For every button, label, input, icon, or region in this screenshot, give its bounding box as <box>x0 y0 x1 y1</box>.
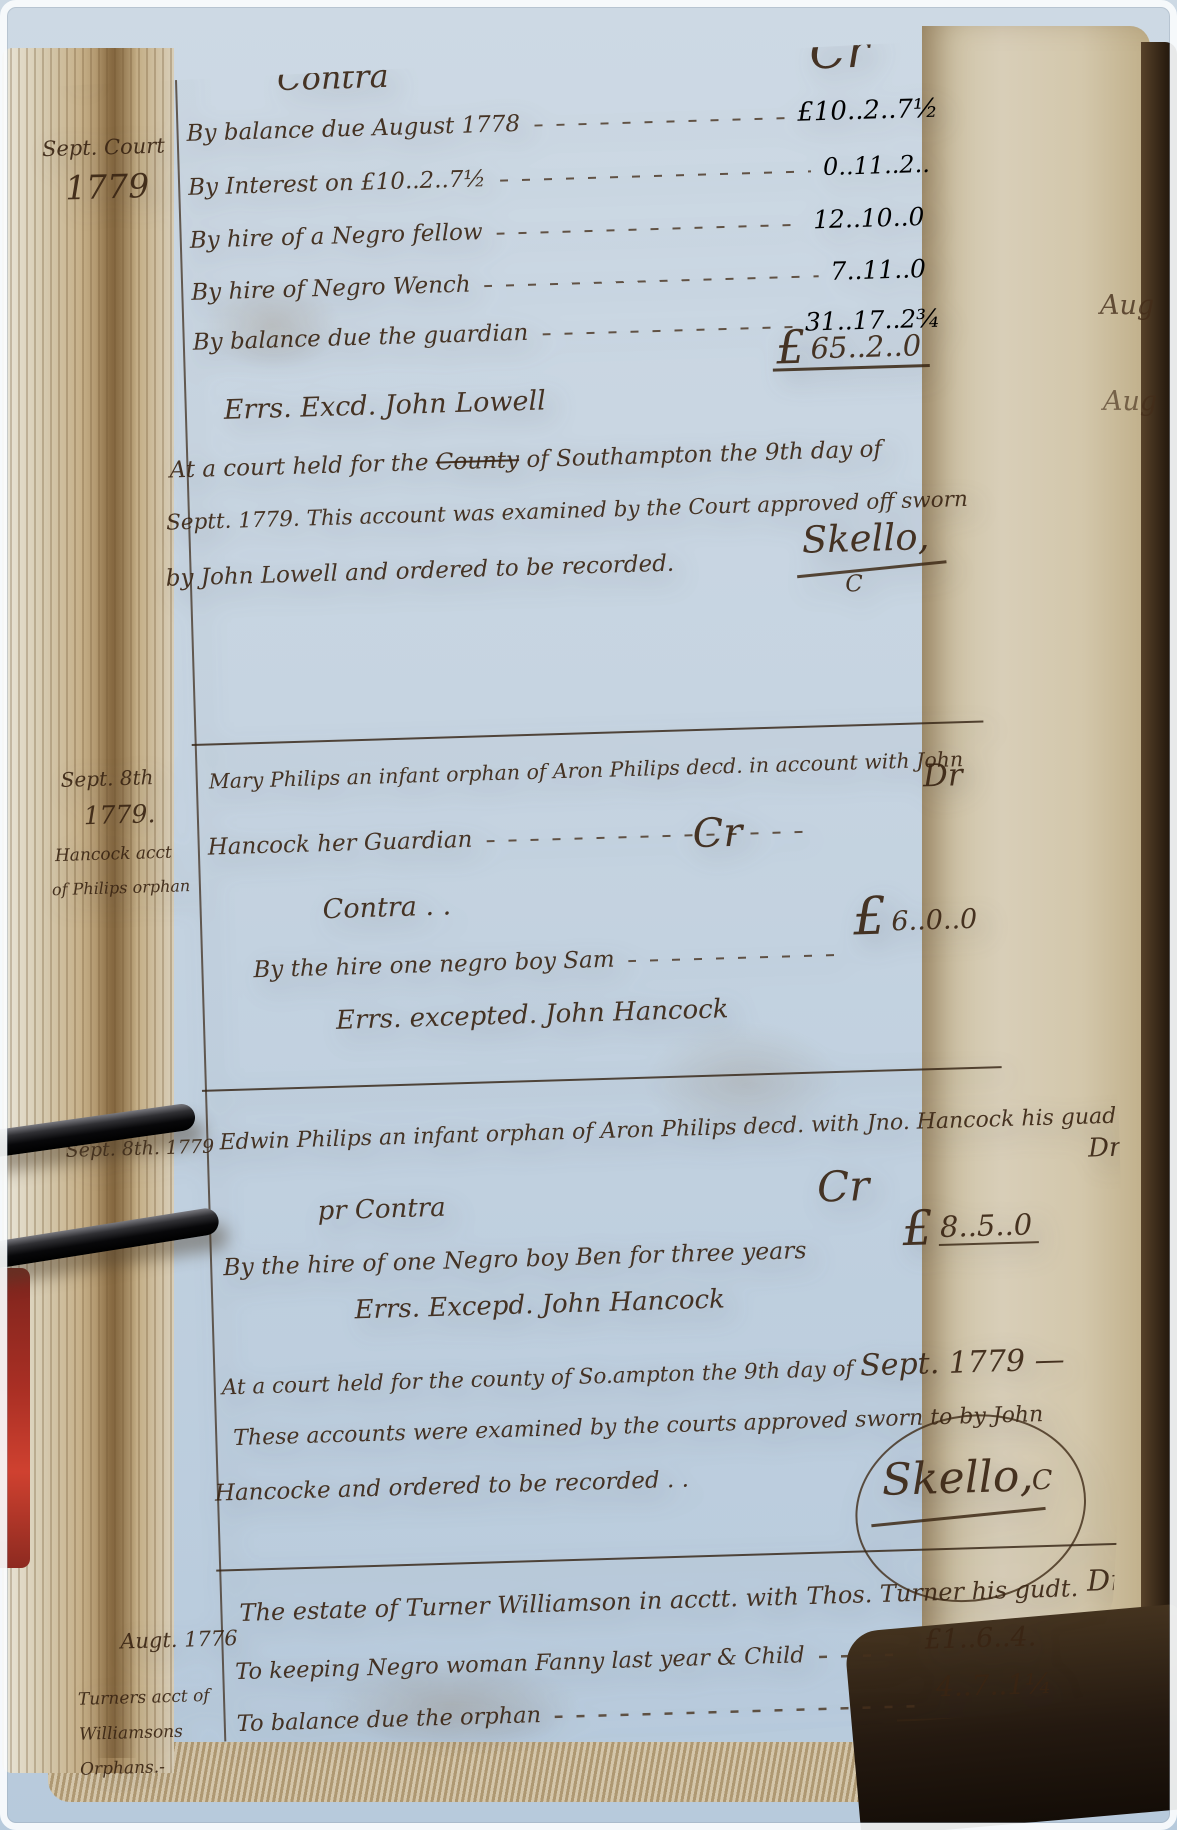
section3-court-line1: At a court held for the county of So.amp… <box>221 1344 1065 1401</box>
ledger-row: By Interest on £10..2..7½ 0..11..2.. <box>188 150 931 200</box>
court-text: At a court held for the county of So.amp… <box>221 1356 860 1400</box>
dotted-leader <box>486 829 815 843</box>
row-label: By Interest on £10..2..7½ <box>188 167 486 200</box>
row-label: To balance due the orphan <box>236 1704 541 1737</box>
section2-title-line1: Mary Philips an infant orphan of Aron Ph… <box>209 749 964 793</box>
pound-sign: £ <box>853 897 887 937</box>
section2-margin-date: Sept. 8th <box>60 767 153 791</box>
section2-dr-mark: Dr <box>923 759 964 793</box>
row-label: Hancock her Guardian <box>207 828 472 860</box>
section2-margin-note: of Philips orphan <box>52 878 191 899</box>
section4-title-line1: The estate of Turner Williamson in acctt… <box>239 1576 1078 1626</box>
section1-cr-mark: Cr <box>809 26 870 78</box>
ledger-row: By the hire one negro boy Sam <box>253 940 853 982</box>
section1-court-line1: At a court held for the County of Southa… <box>169 437 882 482</box>
dotted-leader <box>555 1703 925 1718</box>
section3-row-label: By the hire of one Negro boy Ben for thr… <box>223 1238 807 1280</box>
section1-court-line3: by John Lowell and ordered to be recorde… <box>165 552 674 591</box>
section1-margin-year: 1779 <box>65 169 150 206</box>
manuscript-page: 2 Contra Cr Sept. Court 1779 By balance … <box>22 40 1142 1812</box>
section3-title-line1: Edwin Philips an infant orphan of Aron P… <box>219 1105 1116 1155</box>
section1-total: £ 65..2..0 <box>772 326 930 371</box>
row-amount: 8..5..0 <box>937 1209 1038 1246</box>
court-text: At a court held for the <box>169 450 436 484</box>
section3-errors-excepted: Errs. Excepd. John Hancock <box>354 1286 725 1324</box>
ledger-row: By hire of a Negro fellow 12..10..0 <box>189 202 925 253</box>
section4-row-amount: 4..7..1¼ <box>936 1669 1053 1702</box>
ledger-row: By hire of Negro Wench 7..11..0 <box>191 254 927 305</box>
section3-contra: pr Contra <box>317 1195 446 1226</box>
section3-clerk-signature: Skello, <box>881 1453 1034 1504</box>
row-amount: 6..0..0 <box>891 905 978 936</box>
section-divider <box>192 721 984 746</box>
row-label: To keeping Negro woman Fanny last year &… <box>235 1644 805 1685</box>
section1-margin-date: Sept. Court <box>42 135 165 161</box>
section1-errors-excepted: Errs. Excd. John Lowell <box>223 387 546 425</box>
dotted-leader <box>629 952 842 962</box>
photographed-ledger-page: Aug Aug 2 Contra Cr Sept. Court 1779 By … <box>0 0 1177 1830</box>
section3-court-line3: Hancocke and ordered to be recorded . . <box>215 1468 690 1506</box>
red-cloth-marker <box>0 1268 30 1568</box>
adjacent-page-text: Aug <box>1100 292 1154 320</box>
section4-margin-note: Turners acct of <box>78 1688 210 1710</box>
section4-margin-note: Orphans.- <box>80 1759 165 1779</box>
section4-row-amount: £1..6..4. <box>924 1623 1036 1655</box>
section3-amount: £ 8..5..0 <box>902 1207 1039 1247</box>
dotted-leader <box>534 115 785 126</box>
section4-margin-date: Augt. 1776 <box>120 1627 238 1653</box>
row-amount: 12..10..0 <box>813 202 925 234</box>
section2-errors-excepted: Errs. excepted. John Hancock <box>336 996 729 1035</box>
section3-cr-mark: Cr <box>816 1164 870 1210</box>
dotted-leader <box>500 168 812 181</box>
adjacent-page-text: Aug <box>1103 388 1157 416</box>
section2-amount: £ 6..0..0 <box>853 895 978 938</box>
dotted-leader <box>542 324 793 335</box>
row-label: By hire of Negro Wench <box>191 272 471 304</box>
ledger-row: By balance due August 1778 £10..2..7½ <box>186 94 939 146</box>
section-divider <box>202 1066 1002 1092</box>
dotted-leader <box>497 222 802 235</box>
court-text: of Southampton the 9th day of <box>519 436 883 473</box>
section1-heading: Contra <box>277 60 390 97</box>
section2-margin-year: 1779. <box>83 801 155 829</box>
row-amount: £10..2..7½ <box>797 94 939 128</box>
row-label: By the hire one negro boy Sam <box>253 948 615 983</box>
pound-sign: £ <box>776 330 806 365</box>
section3-clerk-initial: C <box>1032 1467 1054 1496</box>
dotted-leader <box>485 273 819 287</box>
row-label: By hire of a Negro fellow <box>189 220 483 253</box>
section4-margin-note: Williamsons <box>79 1724 183 1745</box>
row-label: By balance due the guardian <box>192 321 528 355</box>
section2-contra: Contra . . <box>322 892 451 924</box>
court-date-large: Sept. 1779 — <box>860 1342 1065 1383</box>
section1-clerk-initial: C <box>845 572 863 597</box>
row-amount: 0..11..2.. <box>823 150 931 181</box>
row-amount: 7..11..0 <box>830 254 926 286</box>
section1-clerk-signature: Skello, <box>801 518 929 561</box>
page-content: 2 Contra Cr Sept. Court 1779 By balance … <box>21 12 1177 1816</box>
struck-word: County <box>435 447 519 475</box>
row-label: By balance due August 1778 <box>186 112 520 146</box>
section2-margin-note: Hancock acct <box>55 845 172 866</box>
ledger-row: To keeping Negro woman Fanny last year &… <box>235 1641 915 1685</box>
dotted-leader <box>819 1652 903 1659</box>
signature-flourish <box>797 560 947 578</box>
section2-cr-mark: Cr <box>692 812 743 855</box>
ledger-row: To balance due the orphan <box>236 1692 936 1736</box>
total-amount: 65..2..0 <box>810 330 922 364</box>
pound-sign: £ <box>902 1210 934 1247</box>
